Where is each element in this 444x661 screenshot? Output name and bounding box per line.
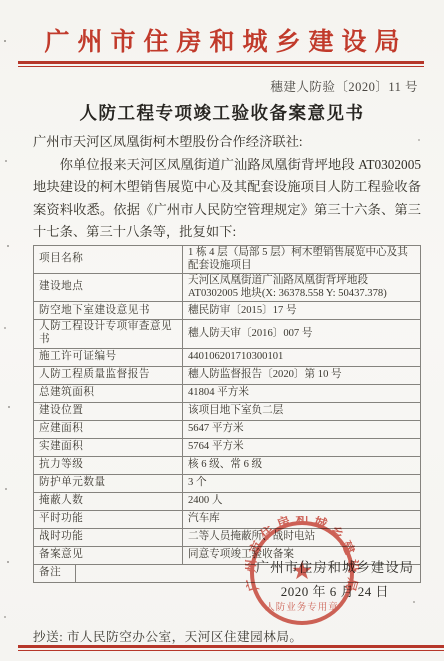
addressee-line: 广州市天河区凤凰街柯木塱股份合作经济联社: [33, 131, 421, 154]
table-row: 建设地点 天河区凤凰街道广汕路凤凰街背坪地段 AT0302005 地块(X: 3… [34, 274, 421, 302]
field-label: 实建面积 [34, 438, 183, 456]
table-row: 抗力等级 核 6 级、常 6 级 [34, 456, 421, 474]
body-text: 广州市天河区凤凰街柯木塱股份合作经济联社: 你单位报来天河区凤凰街道广汕路凤凰街… [33, 131, 421, 244]
field-label: 人防工程设计专项审查意见书 [34, 320, 183, 348]
signature-block: 广州市住房和城乡建设局 2020 年 6 月 24 日 [256, 557, 414, 600]
field-value: 41804 平方米 [183, 384, 421, 402]
field-label: 建设位置 [34, 402, 183, 420]
field-label: 防空地下室建设意见书 [34, 302, 183, 320]
field-label: 备注 [34, 564, 76, 582]
field-label: 抗力等级 [34, 456, 183, 474]
field-value: 穗民防审〔2015〕17 号 [183, 302, 421, 320]
signature-agency: 广州市住房和城乡建设局 [256, 557, 414, 576]
table-row: 实建面积 5764 平方米 [34, 438, 421, 456]
table-row: 防护单元数量 3 个 [34, 474, 421, 492]
field-value: 汽车库 [183, 510, 421, 528]
field-value: 1 栋 4 层（局部 5 层）柯木塱销售展览中心及其配套设施项目 [183, 246, 421, 274]
header-double-rule [18, 61, 424, 67]
signature-date: 2020 年 6 月 24 日 [256, 581, 414, 600]
field-label: 人防工程质量监督报告 [34, 366, 183, 384]
document-page: 广州市住房和城乡建设局 穗建人防验〔2020〕11 号 人防工程专项竣工验收备案… [0, 0, 444, 661]
table-row: 施工许可证编号 440106201710300101 [34, 348, 421, 366]
table-row: 人防工程设计专项审查意见书 穗人防天审〔2016〕007 号 [34, 320, 421, 348]
table-row: 战时功能 二等人员掩蔽所、战时电站 [34, 528, 421, 546]
table-row: 建设位置 该项目地下室负二层 [34, 402, 421, 420]
table-row: 平时功能 汽车库 [34, 510, 421, 528]
field-label: 备案意见 [34, 546, 183, 564]
cc-line: 抄送: 市人民防空办公室，天河区住建园林局。 [33, 626, 424, 645]
field-value: 该项目地下室负二层 [183, 402, 421, 420]
footer-rule-thin [18, 650, 444, 651]
table-row: 总建筑面积 41804 平方米 [34, 384, 421, 402]
header-agency-title: 广州市住房和城乡建设局 [0, 22, 444, 58]
header-rule-thick [18, 61, 424, 64]
table-row: 掩蔽人数 2400 人 [34, 492, 421, 510]
table-row: 人防工程质量监督报告 穗人防监督报告〔2020〕第 10 号 [34, 366, 421, 384]
footer-double-rule [18, 645, 444, 651]
field-label: 战时功能 [34, 528, 183, 546]
field-label: 总建筑面积 [34, 384, 183, 402]
field-label: 建设地点 [34, 274, 183, 302]
field-value: 2400 人 [183, 492, 421, 510]
field-label: 防护单元数量 [34, 474, 183, 492]
document-title: 人防工程专项竣工验收备案意见书 [0, 100, 444, 125]
footer-rule-thick [18, 645, 444, 648]
table-row: 项目名称 1 栋 4 层（局部 5 层）柯木塱销售展览中心及其配套设施项目 [34, 246, 421, 274]
field-value: 核 6 级、常 6 级 [183, 456, 421, 474]
field-value: 5647 平方米 [183, 420, 421, 438]
field-value: 穗人防监督报告〔2020〕第 10 号 [183, 366, 421, 384]
field-label: 应建面积 [34, 420, 183, 438]
field-value: 天河区凤凰街道广汕路凤凰街背坪地段 AT0302005 地块(X: 36378.… [183, 274, 421, 302]
field-value: 穗人防天审〔2016〕007 号 [183, 320, 421, 348]
field-value: 5764 平方米 [183, 438, 421, 456]
field-label: 项目名称 [34, 246, 183, 274]
seal-bottom-text: 人防业务专用章 [265, 601, 339, 613]
table-row: 应建面积 5647 平方米 [34, 420, 421, 438]
header-rule-thin [18, 66, 424, 67]
field-label: 施工许可证编号 [34, 348, 183, 366]
body-paragraph: 你单位报来天河区凤凰街道广汕路凤凰街背坪地段 AT0302005 地块建设的柯木… [33, 154, 421, 244]
field-value: 440106201710300101 [183, 348, 421, 366]
field-label: 平时功能 [34, 510, 183, 528]
info-table: 项目名称 1 栋 4 层（局部 5 层）柯木塱销售展览中心及其配套设施项目 建设… [33, 245, 421, 583]
field-value: 3 个 [183, 474, 421, 492]
field-value: 二等人员掩蔽所、战时电站 [183, 528, 421, 546]
field-label: 掩蔽人数 [34, 492, 183, 510]
doc-number: 穗建人防验〔2020〕11 号 [270, 77, 418, 95]
table-row: 防空地下室建设意见书 穗民防审〔2015〕17 号 [34, 302, 421, 320]
